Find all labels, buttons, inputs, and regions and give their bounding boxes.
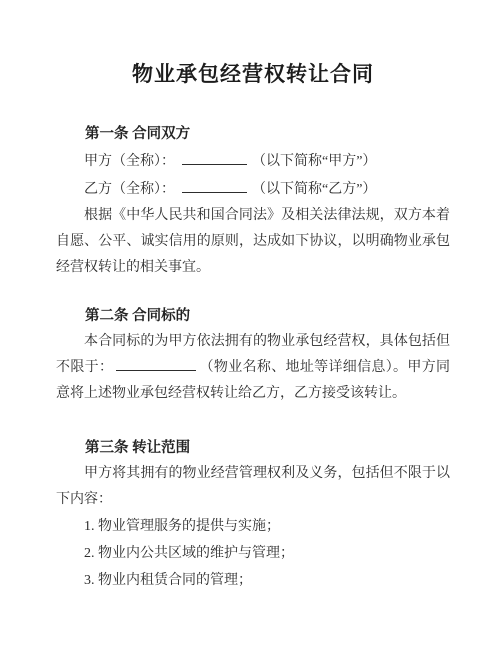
section-clause-3: 第三条 转让范围 甲方将其拥有的物业经营管理权利及义务，包括但不限于以下内容： … <box>56 435 450 594</box>
transfer-scope-item-3: 3. 物业内租赁合同的管理； <box>56 568 450 594</box>
party-a-alias: （以下简称“甲方”） <box>252 154 376 169</box>
party-b-alias: （以下简称“乙方”） <box>252 182 376 197</box>
clause-1-heading: 第一条 合同双方 <box>56 121 450 147</box>
clause-2-text-after-blank: （物业名称、地址等详细信息）。甲方同意将上述物业承包经营权转让给乙方，乙方接受该… <box>56 360 450 401</box>
party-a-label: 甲方（全称）： <box>84 154 175 169</box>
party-a-fill-in-blank <box>182 150 247 165</box>
clause-1-paragraph: 根据《中华人民共和国合同法》及相关法律法规，双方本着自愿、公平、诚实信用的原则，… <box>56 203 450 281</box>
party-a-line: 甲方（全称）：（以下简称“甲方”） <box>56 149 450 175</box>
document-title: 物业承包经营权转让合同 <box>56 62 450 88</box>
party-b-label: 乙方（全称）： <box>84 182 175 197</box>
party-b-line: 乙方（全称）：（以下简称“乙方”） <box>56 177 450 203</box>
clause-3-heading: 第三条 转让范围 <box>56 435 450 461</box>
section-clause-1: 第一条 合同双方 甲方（全称）：（以下简称“甲方”） 乙方（全称）：（以下简称“… <box>56 121 450 281</box>
transfer-scope-item-1: 1. 物业管理服务的提供与实施； <box>56 514 450 540</box>
party-b-fill-in-blank <box>182 178 247 193</box>
section-clause-2: 第二条 合同标的 本合同标的为甲方依法拥有的物业承包经营权，具体包括但不限于：（… <box>56 303 450 407</box>
clause-2-heading: 第二条 合同标的 <box>56 303 450 329</box>
clause-2-paragraph: 本合同标的为甲方依法拥有的物业承包经营权，具体包括但不限于：（物业名称、地址等详… <box>56 329 450 407</box>
clause-3-paragraph: 甲方将其拥有的物业经营管理权利及义务，包括但不限于以下内容： <box>56 461 450 513</box>
subject-fill-in-blank <box>116 356 196 371</box>
transfer-scope-item-2: 2. 物业内公共区域的维护与管理； <box>56 541 450 567</box>
contract-document-page: 物业承包经营权转让合同 第一条 合同双方 甲方（全称）：（以下简称“甲方”） 乙… <box>0 0 500 647</box>
